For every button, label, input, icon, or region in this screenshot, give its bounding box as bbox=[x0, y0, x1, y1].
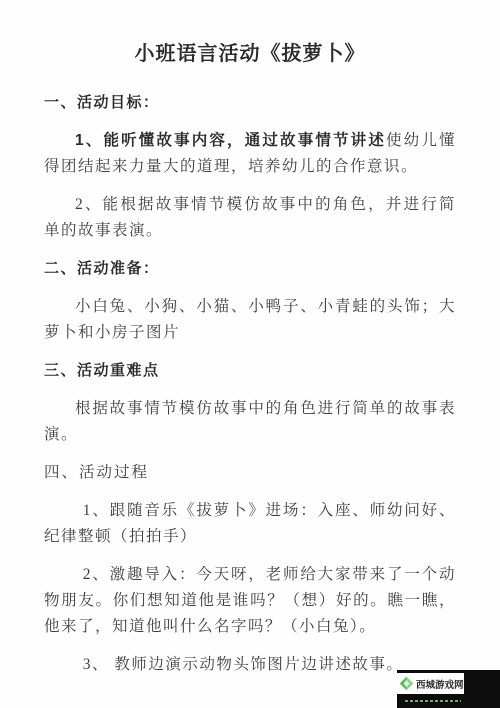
process-step-3: 3、 教师边演示动物头饰图片边讲述故事。 bbox=[44, 652, 456, 678]
goal-item-2: 2、能根据故事情节模仿故事中的角色，并进行简单的故事表演。 bbox=[44, 192, 456, 244]
watermark: 西城游戏网 bbox=[397, 670, 500, 708]
document-title: 小班语言活动《拔萝卜》 bbox=[44, 40, 456, 68]
preparation-body: 小白兔、小狗、小猫、小鸭子、小青蛙的头饰；大萝卜和小房子图片 bbox=[44, 294, 456, 346]
watermark-strip: 西城游戏网 bbox=[397, 673, 464, 694]
goal-item-1-lead: 1、能听懂故事内容，通过故事情节讲述 bbox=[75, 132, 386, 149]
process-step-1: 1、跟随音乐《拔萝卜》进场：入座、师幼问好、纪律整顿（拍拍手） bbox=[44, 498, 456, 550]
section-heading-preparation: 二、活动准备： bbox=[44, 256, 456, 282]
watermark-site-name: 西城游戏网 bbox=[416, 677, 464, 691]
section-heading-keypoints: 三、活动重难点 bbox=[44, 358, 456, 384]
watermark-tagline-dashes bbox=[405, 700, 461, 702]
section-heading-process: 四、活动过程 bbox=[44, 460, 456, 486]
watermark-logo-icon bbox=[399, 676, 414, 691]
document-page: 小班语言活动《拔萝卜》 一、活动目标： 1、能听懂故事内容，通过故事情节讲述使幼… bbox=[0, 0, 500, 708]
section-heading-goals: 一、活动目标： bbox=[44, 90, 456, 116]
goal-item-1: 1、能听懂故事内容，通过故事情节讲述使幼儿懂得团结起来力量大的道理，培养幼儿的合… bbox=[44, 128, 456, 180]
keypoints-body: 根据故事情节模仿故事中的角色进行简单的故事表演。 bbox=[44, 396, 456, 448]
process-step-2: 2、激趣导入：今天呀，老师给大家带来了一个动物朋友。你们想知道他是谁吗？（想）好… bbox=[44, 562, 456, 640]
